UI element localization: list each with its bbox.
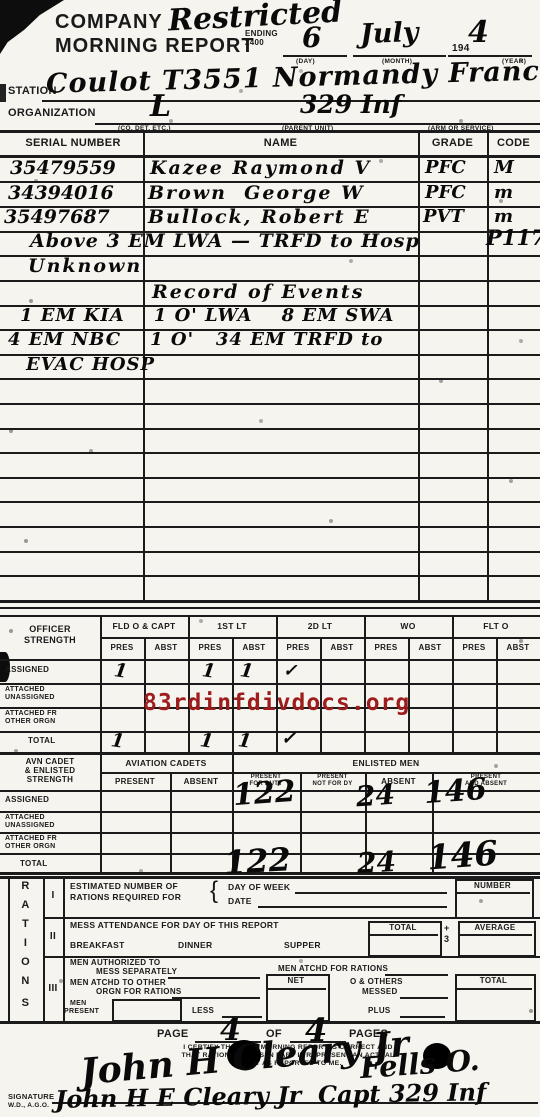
day-value-handwriting: 6 — [302, 24, 321, 52]
roster-header-name: NAME — [143, 138, 418, 150]
events-line-3: EVAC HOSP — [26, 356, 155, 374]
parent-unit-handwriting: 329 Inf — [300, 92, 402, 117]
officer-total-1stlt-pres-mark: 1 — [199, 731, 215, 752]
rations-total-rule — [455, 988, 532, 990]
officer-row-attachedfr1: ATTACHED FR — [5, 710, 57, 717]
officer-group-1stlt: 1ST LT — [188, 622, 276, 631]
officer-abst-header: ABST — [144, 644, 188, 652]
section-separator-rule — [0, 600, 540, 603]
signature-label: SIGNATURE — [8, 1093, 54, 1101]
roster-row-line — [0, 378, 540, 380]
rations-date-label: DATE — [228, 897, 252, 906]
officer-strength-label1: OFFICER — [0, 625, 100, 634]
em-assigned-absent-value: 24 — [355, 781, 396, 812]
officer-table-top — [0, 615, 540, 617]
roster-row-line — [0, 526, 540, 528]
rations-letter-o: O — [8, 957, 43, 969]
cadet-col-present: PRESENT — [100, 778, 170, 786]
officer-pres-header: PRES — [452, 644, 496, 652]
day-underline — [283, 55, 347, 57]
form-title-line1: COMPANY — [55, 12, 163, 33]
officer-abst-header: ABST — [232, 644, 276, 652]
average-box-rule — [458, 934, 532, 936]
roster-row-line — [0, 551, 540, 553]
mess-attendance-title: MESS ATTENDANCE FOR DAY OF THIS REPORT — [70, 921, 279, 930]
officer-col-line — [452, 615, 454, 755]
cadet-subcol-line — [170, 772, 172, 873]
mess-separately-blank — [168, 977, 260, 979]
roster-header-grade: GRADE — [418, 138, 487, 150]
em-total-present-for-duty-value: 122 — [223, 843, 291, 878]
officer-subcol-line — [496, 637, 498, 755]
page-label: PAGE — [157, 1029, 189, 1041]
rations-estimated-line2: RATIONS REQUIRED FOR — [70, 893, 181, 902]
men-atchd-for-rations-label: MEN ATCHD FOR RATIONS — [278, 965, 388, 973]
rations-total-label: TOTAL — [455, 977, 532, 985]
em-total-absent-value: 24 — [356, 848, 396, 878]
officer-group-flto: FLT O — [452, 622, 540, 631]
cadet-col-absent: ABSENT — [170, 778, 232, 786]
rations-letter-a: A — [8, 900, 43, 912]
events-line-1: 1 EM KIA 1 O' LWA 8 EM SWA — [20, 307, 394, 325]
officer-row-assigned: ASSIGNED — [5, 666, 49, 674]
roster-code-3: m — [494, 208, 513, 226]
officer-row-rule — [0, 731, 540, 733]
plus-blank — [400, 1016, 445, 1018]
roster-grade-3: PVT — [423, 208, 464, 226]
mess-total-label: TOTAL — [368, 924, 438, 932]
officer-col-line — [276, 615, 278, 755]
ending-2400-label: 2400 — [245, 39, 264, 47]
roster-col-line-code — [487, 131, 489, 601]
officer-total-fldo-pres-mark: 1 — [110, 731, 126, 752]
cadet-row-attached1: ATTACHED — [5, 814, 45, 821]
plus-label: PLUS — [368, 1007, 391, 1015]
year-value-handwriting: 4 — [468, 18, 489, 48]
cadet-subcol-line — [300, 772, 302, 873]
officer-subheader-rule — [0, 659, 540, 661]
rations-bottom-rule — [0, 1021, 540, 1024]
roster-top-rule — [0, 130, 540, 133]
roster-name-3: Bullock, Robert E — [148, 208, 371, 227]
roster-row-line — [0, 477, 540, 479]
cadet-row-total: TOTAL — [20, 860, 47, 868]
form-title-line2: MORNING REPORT — [55, 36, 255, 57]
officer-group-wo: WO — [364, 622, 452, 631]
roster-note-line: Above 3 EM LWA — TRFD to Hosp — [30, 232, 420, 251]
officer-total-2dlt-pres-mark: ✓ — [281, 730, 296, 748]
roster-row-line — [0, 428, 540, 430]
rations-sec1-numeral: I — [43, 891, 63, 902]
number-box-label: NUMBER — [455, 882, 530, 890]
month-underline — [353, 55, 446, 57]
cadet-row-rule — [0, 811, 540, 813]
roster-row-line — [0, 452, 540, 454]
roster-code-2: m — [494, 184, 513, 202]
messed-blank — [400, 997, 448, 999]
roster-note-line2: Unknown — [28, 257, 142, 276]
officer-col-line — [100, 615, 102, 755]
roster-row-line — [0, 403, 540, 405]
roster-row-line — [0, 575, 540, 577]
roster-col-line-grade — [418, 131, 420, 601]
roster-grade-2: PFC — [425, 184, 466, 202]
men-label: MEN — [70, 1000, 86, 1007]
officer-pres-header: PRES — [188, 644, 232, 652]
scan-noise — [0, 0, 2, 2]
name-grade-handwriting: John H E Cleary Jr Capt 329 Inf — [55, 1080, 487, 1112]
edge-smudge-artifact — [0, 84, 6, 102]
rations-numeral-col-line — [63, 876, 65, 1021]
number-box-rule — [455, 892, 530, 894]
cadet-row-attachedfr1: ATTACHED FR — [5, 835, 57, 842]
rations-sec1-rule — [43, 917, 540, 919]
officer-pres-header: PRES — [364, 644, 408, 652]
officer-group-fldo: FLD O & CAPT — [100, 622, 188, 631]
officer-assigned-1stlt-abst-mark: 1 — [239, 661, 255, 682]
officer-total-1stlt-abst-mark: 1 — [237, 731, 253, 752]
roster-note-code: P117 — [486, 227, 540, 248]
present-label: PRESENT — [64, 1008, 99, 1015]
month-value-handwriting: July — [360, 19, 419, 48]
mess-total-rule — [368, 934, 438, 936]
average-box-label: AVERAGE — [458, 924, 532, 932]
roster-code-1: M — [494, 159, 514, 177]
em-assigned-present-for-duty-value: 122 — [232, 777, 297, 811]
em-total-present-and-absent-value: 146 — [426, 837, 499, 876]
officer-row-rule — [0, 683, 540, 685]
supper-label: SUPPER — [284, 941, 321, 950]
aviation-cadets-header: AVIATION CADETS — [100, 759, 232, 768]
rations-day-of-week-label: DAY OF WEEK — [228, 883, 290, 892]
officer-table-bottom — [0, 752, 540, 755]
divide-plus-sign: + — [444, 924, 450, 933]
officer-assigned-2dlt-pres-mark: ✓ — [283, 663, 297, 680]
year-prefix: 194 — [452, 44, 470, 55]
rations-sec2-numeral: II — [43, 932, 63, 943]
orgn-for-rations-label: ORGN FOR RATIONS — [96, 988, 182, 996]
rations-letter-r: R — [8, 881, 43, 893]
organization-label: ORGANIZATION — [8, 108, 96, 120]
officer-row-attached2: UNASSIGNED — [5, 694, 55, 701]
officer-row-attachedfr2: OTHER ORGN — [5, 718, 55, 725]
officer-pres-header: PRES — [100, 644, 144, 652]
officer-col-line — [188, 615, 190, 755]
cadet-row-assigned: ASSIGNED — [5, 796, 49, 804]
breakfast-label: BREAKFAST — [70, 941, 125, 950]
officer-row-attached1: ATTACHED — [5, 686, 45, 693]
men-present-box — [112, 999, 182, 1022]
date-blank — [258, 906, 447, 908]
officer-abst-header: ABST — [496, 644, 540, 652]
watermark-text: 83rdinfdivdocs.org — [143, 690, 410, 716]
officer-abst-header: ABST — [320, 644, 364, 652]
divide-three: 3 — [444, 935, 449, 944]
em-assigned-present-and-absent-value: 146 — [423, 775, 488, 809]
cadet-col-line — [100, 753, 102, 873]
less-label: LESS — [192, 1007, 214, 1015]
o-and-others-label: O & OTHERS — [350, 978, 403, 986]
officer-group-2dlt: 2D LT — [276, 622, 364, 631]
cadet-row-attachedfr2: OTHER ORGN — [5, 843, 55, 850]
dinner-label: DINNER — [178, 941, 212, 950]
section-separator-rule — [0, 607, 540, 609]
events-line-2: 4 EM NBC 1 O' 34 EM TRFD to — [8, 331, 383, 349]
company-value-handwriting: L — [150, 92, 171, 122]
officer-col-line — [364, 615, 366, 755]
form-id-label: W.D., A.G.O. — [8, 1103, 49, 1110]
officer-row-total: TOTAL — [28, 737, 55, 745]
roster-grade-1: PFC — [425, 159, 466, 177]
rations-letter-s: S — [8, 998, 43, 1010]
cadet-row-attached2: UNASSIGNED — [5, 822, 55, 829]
officer-abst-header: ABST — [408, 644, 452, 652]
roster-serial-3: 35497687 — [4, 208, 110, 227]
roster-row-line — [0, 501, 540, 503]
mess-separately-label: MESS SEPARATELY — [96, 968, 177, 976]
rations-letter-t: T — [8, 919, 43, 931]
roster-name-2: Brown George W — [148, 184, 364, 203]
roster-serial-2: 34394016 — [8, 184, 114, 203]
rations-brace: { — [210, 878, 218, 903]
messed-label: MESSED — [362, 988, 398, 996]
station-underline — [42, 100, 540, 102]
cadet-row-rule — [0, 832, 540, 834]
officer-pres-header: PRES — [276, 644, 320, 652]
rations-letter-n: N — [8, 976, 43, 988]
rations-sec3-numeral: III — [43, 984, 63, 995]
record-of-events-title: Record of Events — [152, 283, 364, 302]
roster-header-code: CODE — [487, 138, 540, 150]
net-box-rule — [266, 988, 326, 990]
rations-letter-i: I — [8, 938, 43, 950]
rations-estimated-line1: ESTIMATED NUMBER OF — [70, 882, 178, 891]
orgn-for-rations-blank — [172, 997, 260, 999]
officer-strength-label2: STRENGTH — [0, 636, 100, 645]
station-value-handwriting: Coulot T3551 Normandy France — [46, 57, 540, 97]
roster-header-serial: SERIAL NUMBER — [8, 138, 138, 150]
roster-name-1: Kazee Raymond V — [150, 159, 371, 178]
net-box-label: NET — [266, 977, 326, 985]
cadet-label3: STRENGTH — [0, 776, 100, 784]
officer-assigned-1stlt-pres-mark: 1 — [201, 661, 217, 682]
men-atchd-blank — [385, 974, 448, 976]
morning-report-document: COMPANY MORNING REPORT Restricted ENDING… — [0, 0, 540, 1117]
officer-assigned-fldo-pres-mark: 1 — [113, 661, 129, 682]
roster-serial-1: 35479559 — [10, 159, 116, 178]
day-of-week-blank — [295, 892, 447, 894]
enlisted-men-header: ENLISTED MEN — [232, 759, 540, 768]
